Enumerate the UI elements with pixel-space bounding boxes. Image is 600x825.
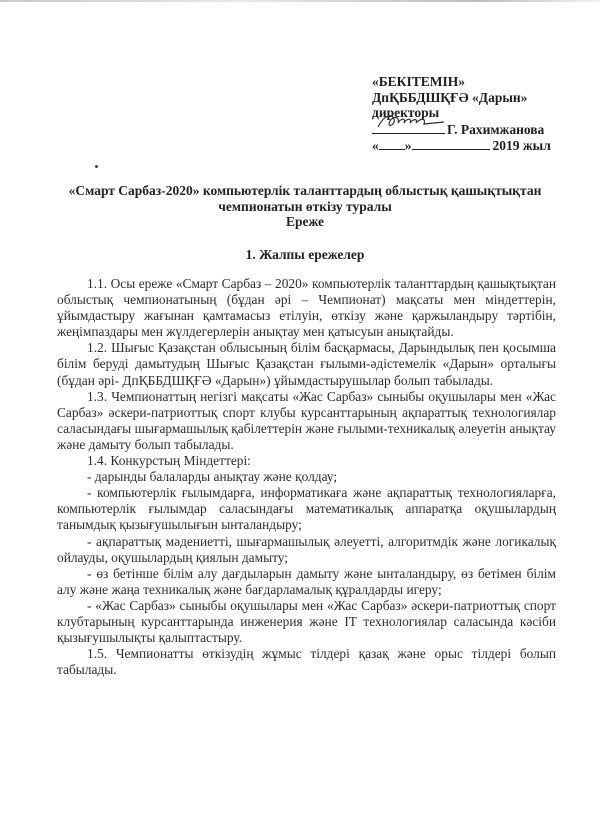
approval-date: «»2019 жыл <box>372 137 551 154</box>
task-item: - өз бетінше білім алу дағдыларын дамыту… <box>57 566 556 598</box>
task-item: - «Жас Сарбаз» сыныбы оқушылары мен «Жас… <box>57 598 556 646</box>
approval-title: «БЕКІТЕМІН» <box>372 74 551 90</box>
document-title: «Смарт Сарбаз-2020» компьютерлік талантт… <box>40 183 570 230</box>
paragraph-1-2: 1.2. Шығыс Қазақстан облысының білім бас… <box>57 340 556 388</box>
paragraph-1-5: 1.5. Чемпионатты өткізудің жұмыс тілдері… <box>57 646 556 678</box>
section-body: 1.1. Осы ереже «Смарт Сарбаз – 2020» ком… <box>57 276 556 678</box>
title-line-1: «Смарт Сарбаз-2020» компьютерлік талантт… <box>40 183 570 199</box>
paragraph-1-3: 1.3. Чемпионаттың негізгі мақсаты «Жас С… <box>57 389 556 453</box>
approval-block: «БЕКІТЕМІН» ДпҚББДШҚҒӘ «Дарын» директоры… <box>372 74 551 154</box>
paragraph-1-1: 1.1. Осы ереже «Смарт Сарбаз – 2020» ком… <box>57 276 556 340</box>
scan-speck <box>95 165 98 168</box>
approval-year: 2019 жыл <box>493 138 551 153</box>
approval-organization: ДпҚББДШҚҒӘ «Дарын» <box>372 90 551 106</box>
task-item: - ақпараттық мәдениетті, шығармашылық әл… <box>57 534 556 566</box>
signature-line: Г. Рахимжанова <box>372 121 551 138</box>
paragraph-1-4: 1.4. Конкурстың Міндеттері: <box>57 453 556 469</box>
title-line-3: Ереже <box>40 214 570 230</box>
scan-page-edge <box>0 0 600 2</box>
task-item: - дарынды балаларды анықтау және қолдау; <box>57 469 556 485</box>
signature-icon <box>374 111 446 133</box>
section-heading: 1. Жалпы ережелер <box>40 247 570 263</box>
task-item: - компьютерлік ғылымдарға, информатикаға… <box>57 485 556 533</box>
signatory-name: Г. Рахимжанова <box>447 122 544 137</box>
title-line-2: чемпионатын өткізу туралы <box>40 199 570 215</box>
